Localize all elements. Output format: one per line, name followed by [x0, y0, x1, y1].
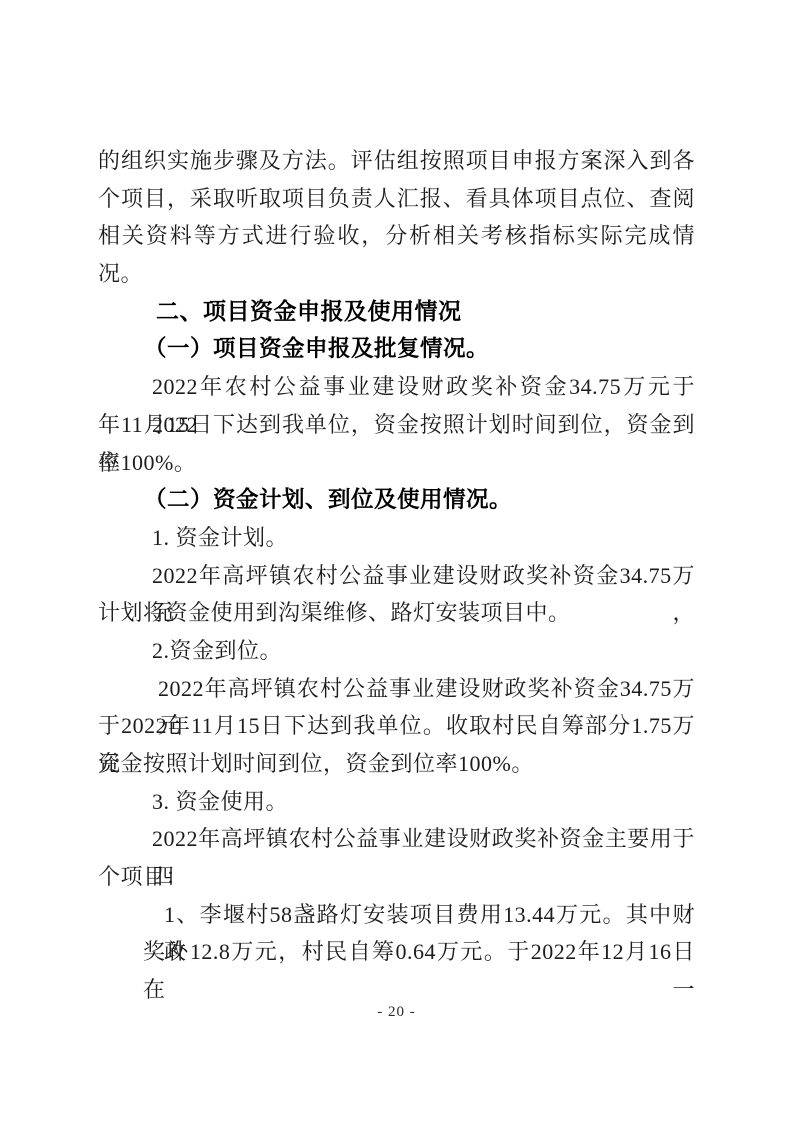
paragraph-line: 个项目：: [98, 858, 695, 896]
paragraph-line: 于2022年11月15日下达到我单位。收取村民自筹部分1.75万元: [98, 707, 695, 745]
page-number: - 20 -: [0, 1004, 793, 1021]
paragraph-line: 的组织实施步骤及方法。评估组按照项目申报方案深入到各: [98, 142, 695, 180]
numbered-item-line: 奖补12.8万元，村民自筹0.64万元。于2022年12月16日在一: [98, 933, 695, 971]
paragraph-line: 况。: [98, 255, 695, 293]
section-heading: 二、项目资金申报及使用情况: [98, 293, 695, 331]
paragraph-line: 2022年高坪镇农村公益事业建设财政奖补资金34.75万元，: [98, 557, 695, 595]
paragraph-line: 2022年农村公益事业建设财政奖补资金34.75万元于2022: [98, 368, 695, 406]
paragraph-line: 资金按照计划时间到位，资金到位率100%。: [98, 745, 695, 783]
paragraph-line: 个项目，采取听取项目负责人汇报、看具体项目点位、查阅: [98, 180, 695, 218]
paragraph-line: 相关资料等方式进行验收，分析相关考核指标实际完成情: [98, 217, 695, 255]
numbered-item-line: 1、李堰村58盏路灯安装项目费用13.44万元。其中财政: [98, 896, 695, 934]
list-item-heading: 1. 资金计划。: [98, 519, 695, 557]
paragraph-line: 年11月15日下达到我单位，资金按照计划时间到位，资金到位: [98, 406, 695, 444]
list-item-heading: 3. 资金使用。: [98, 783, 695, 821]
document-text-block: 的组织实施步骤及方法。评估组按照项目申报方案深入到各 个项目，采取听取项目负责人…: [98, 142, 695, 971]
paragraph-line: 2022年高坪镇农村公益事业建设财政奖补资金34.75万元: [98, 670, 695, 708]
document-page: 的组织实施步骤及方法。评估组按照项目申报方案深入到各 个项目，采取听取项目负责人…: [0, 0, 793, 1122]
list-item-heading: 2.资金到位。: [98, 632, 695, 670]
subsection-heading: （一）项目资金申报及批复情况。: [98, 330, 695, 368]
paragraph-line: 率100%。: [98, 444, 695, 482]
paragraph-line: 2022年高坪镇农村公益事业建设财政奖补资金主要用于四: [98, 820, 695, 858]
subsection-heading: （二）资金计划、到位及使用情况。: [98, 481, 695, 519]
